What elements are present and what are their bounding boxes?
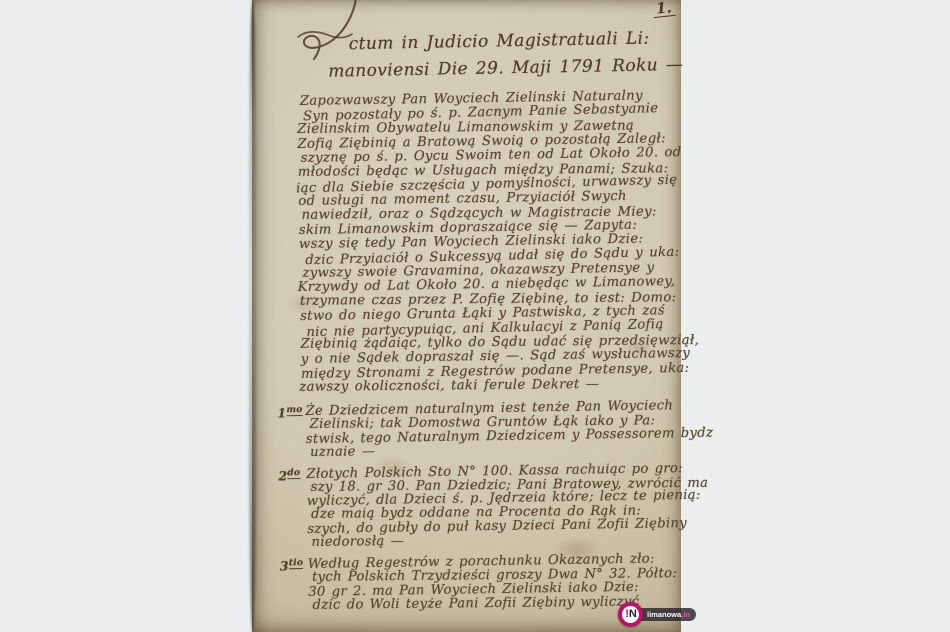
watermark-label: limanowa.in [634,608,696,621]
body-text: Zapozwawszy Pan Woyciech Zielinski Natur… [297,89,680,396]
watermark-site-name: limanowa [647,610,681,619]
screenshot-background: 1. ctum in Judicio Magistratuali Li:mano… [0,0,950,632]
item-marker-3tio: 3tio [280,559,304,573]
text-line: niedorosłą — [311,532,682,550]
text-line: manoviensi Die 29. Maji 1791 Roku — [328,52,681,86]
text-line: uznaie — [310,442,681,460]
text-line: zawszy okoliczności, taki ferule Dekret … [299,377,679,395]
limanowa-logo-icon: !N [618,602,643,627]
page-number: 1. [653,0,676,18]
watermark: !N limanowa.in [618,602,696,627]
item-1-text: Że Dziedzicem naturalnym iest tenże Pan … [305,399,681,461]
item-marker-2do: 2do [278,469,300,483]
item-2-text: Złotych Polskich Sto N° 100. Kassa rachu… [306,462,682,551]
item-marker-1mo: 1mo [277,406,302,420]
numbered-items: 1mo Że Dziedzicem naturalnym iest tenże … [305,399,683,621]
watermark-site-tld: .in [681,610,690,619]
heading-text: ctum in Judicio Magistratuali Li:manovie… [252,25,682,87]
manuscript-page: 1. ctum in Judicio Magistratuali Li:mano… [252,0,681,632]
numbered-item-2: 2do Złotych Polskich Sto N° 100. Kassa r… [306,462,682,551]
numbered-item-1: 1mo Że Dziedzicem naturalnym iest tenże … [305,399,681,461]
